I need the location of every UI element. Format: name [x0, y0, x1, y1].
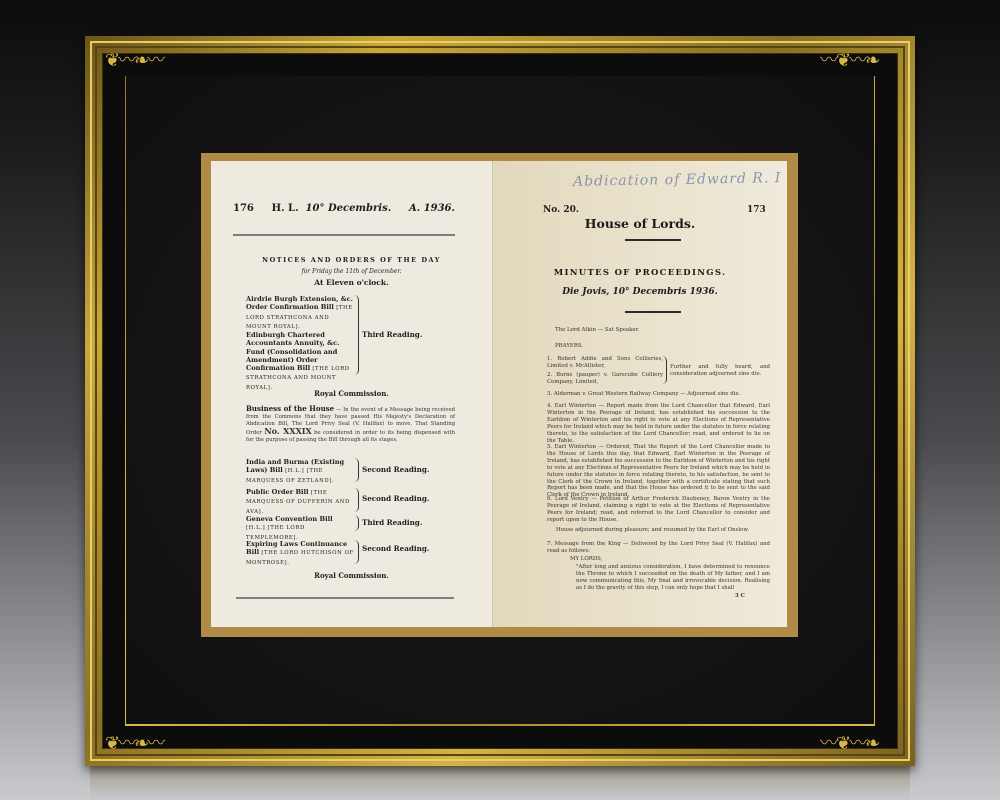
message-salutation: MY LORDS, — [570, 556, 602, 563]
speaker-line: The Lord Atkin — Sat Speaker. — [555, 327, 639, 334]
king-message: 7. Message from the King — Delivered by … — [547, 541, 770, 555]
header-title: H. L. 10° Decembris. — [272, 203, 392, 214]
royal-commission: Royal Commission. — [211, 389, 492, 398]
brace — [354, 458, 359, 482]
brace — [354, 488, 359, 512]
minute-item: 1. Robert Addie and Sons Collieries, Lim… — [547, 356, 663, 370]
minute-item: 3. Alderman v. Great Western Railway Com… — [547, 391, 767, 398]
brace — [662, 356, 667, 384]
reading-stage: Second Reading. — [362, 465, 429, 474]
minute-item: 2. Burns (pauper) v. Garscube Colliery C… — [547, 372, 663, 386]
message-text: "After long and anxious consideration, I… — [576, 564, 770, 592]
items-outcome: Further and fully heard, and considerati… — [670, 364, 770, 378]
corner-scroll-ornament-icon: 〰❦〰❧ — [820, 735, 878, 753]
signature-mark: 3 C — [735, 593, 745, 600]
ornamental-rule — [625, 239, 681, 241]
minute-item: 6. Lord Ventry — Petition of Arthur Fred… — [547, 496, 770, 524]
bill-entry: India and Burma (Existing Laws) Bill [H.… — [246, 458, 354, 485]
house-title: House of Lords. — [493, 216, 787, 231]
minute-item: 5. Earl Winterton — Ordered, That the Re… — [547, 444, 770, 499]
ornamental-rule — [625, 311, 681, 313]
footer-rule — [236, 597, 454, 599]
page-number: 173 — [747, 205, 766, 215]
minutes-date: Die Jovis, 10° Decembris 1936. — [493, 287, 787, 297]
left-page-header: 176 H. L. 10° Decembris. A. 1936. — [233, 203, 455, 214]
minute-item: 4. Earl Winterton — Report made from the… — [547, 403, 770, 444]
reading-stage: Second Reading. — [362, 494, 429, 503]
reading-stage: Second Reading. — [362, 544, 429, 553]
royal-commission: Royal Commission. — [211, 571, 492, 580]
corner-scroll-ornament-icon: ❦〰❧〰 — [105, 52, 163, 70]
frame-reflection — [90, 762, 910, 800]
bill-entry: Public Order Bill [THE MARQUESS OF DUFFE… — [246, 488, 354, 516]
corner-scroll-ornament-icon: ❦〰❧〰 — [105, 735, 163, 753]
paper-number: No. 20. — [543, 205, 579, 215]
header-rule — [233, 234, 455, 236]
header-year: A. 1936. — [409, 203, 455, 214]
section-subtitle: for Friday the 11th of December. — [211, 268, 492, 275]
bill-entry: Geneva Convention Bill [H.L.] [THE LORD … — [246, 515, 354, 542]
reading-stage: Third Reading. — [362, 330, 422, 339]
adjourned-line: House adjourned during pleasure; and res… — [556, 527, 749, 534]
brace — [354, 295, 359, 375]
brace — [354, 515, 359, 531]
bill-entry: Expiring Laws Continuance Bill [THE LORD… — [246, 540, 354, 567]
page-number: 176 — [233, 203, 254, 214]
corner-scroll-ornament-icon: 〰❦〰❧ — [820, 52, 878, 70]
sitting-time: At Eleven o'clock. — [211, 278, 492, 287]
prayers: PRAYERS. — [555, 343, 583, 350]
bill-entry: Airdrie Burgh Extension, &c. Order Confi… — [246, 295, 354, 331]
business-of-house: Business of the House — In the event of … — [246, 406, 455, 444]
reading-stage: Third Reading. — [362, 518, 422, 527]
section-title: NOTICES AND ORDERS OF THE DAY — [211, 256, 492, 264]
minutes-heading: MINUTES OF PROCEEDINGS. — [493, 268, 787, 278]
brace — [354, 540, 359, 564]
bill-entry: Edinburgh Chartered Accountants Annuity,… — [246, 331, 354, 392]
